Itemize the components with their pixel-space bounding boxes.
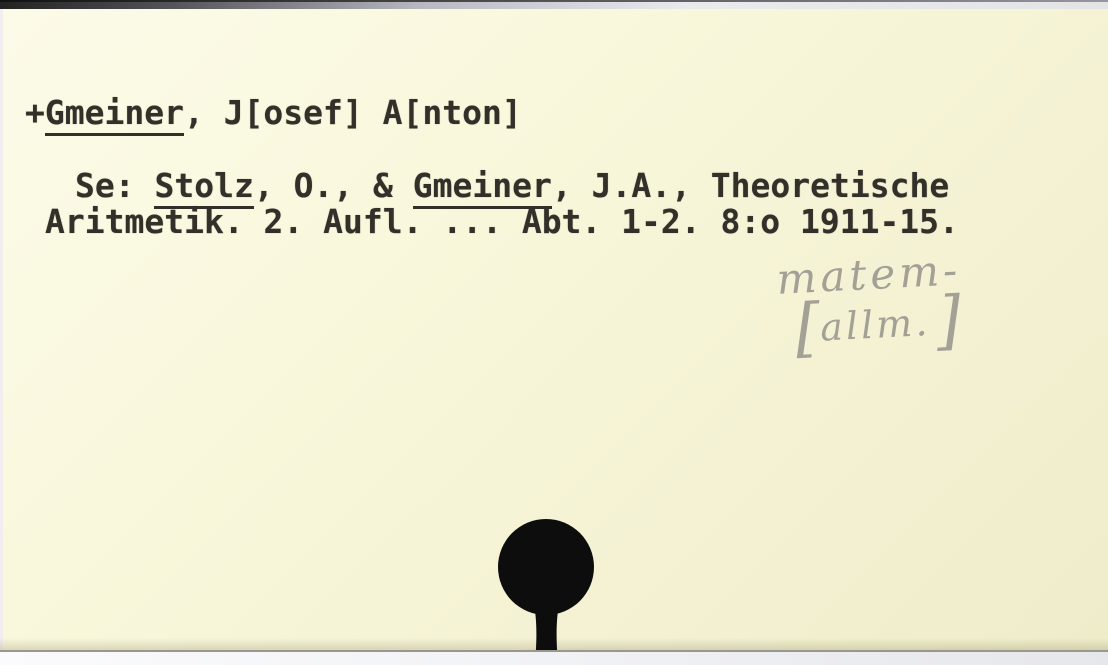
pencil-classification-note: matem- [allm.] [775, 247, 965, 359]
see-reference-line-1: Se: Stolz, O., & Gmeiner, J.A., Theoreti… [75, 168, 949, 204]
see-reference-line-2: Aritmetik. 2. Aufl. ... Abt. 1-2. 8:o 19… [45, 204, 959, 240]
heading-given-names: , J[osef] A[nton] [184, 93, 522, 132]
pencil-note-line-2-text: allm. [819, 299, 931, 351]
heading-prefix: + [25, 93, 45, 132]
scan-background-bottom [0, 650, 1108, 665]
punch-hole-circle [498, 519, 594, 615]
scan-background-top [0, 0, 1108, 9]
punch-hole [498, 515, 598, 665]
card-heading: +Gmeiner, J[osef] A[nton] [25, 95, 522, 131]
see-reference-label: Se: [75, 166, 154, 205]
pencil-bracket-close: ] [935, 291, 963, 350]
see-reference-between-authors: , O., & [254, 166, 413, 205]
catalog-card-scan: +Gmeiner, J[osef] A[nton] Se: Stolz, O.,… [0, 0, 1108, 665]
heading-surname: Gmeiner [45, 93, 184, 136]
see-reference-after-authors: , J.A., Theoretische [552, 166, 949, 205]
pencil-bracket-open: [ [794, 299, 822, 358]
